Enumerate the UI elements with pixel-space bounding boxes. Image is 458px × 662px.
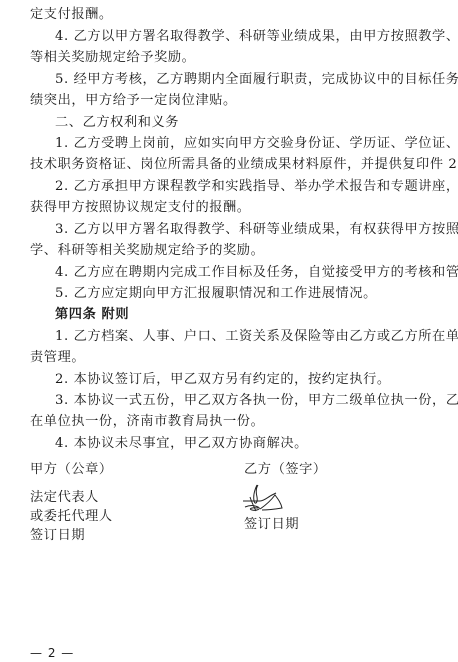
text-line: 2. 本协议签订后，甲乙双方另有约定的，按约定执行。 [55,372,425,388]
section-heading: 二、乙方权利和义务 [55,115,425,131]
text-line: 等相关奖励规定给予奖励。 [30,50,425,66]
article-heading: 第四条 附则 [55,307,425,323]
party-b-title: 乙方（签字） [244,462,327,478]
text-line: 责管理。 [30,350,425,366]
party-a-title: 甲方（公章） [30,462,113,478]
text-line: 5. 经甲方考核，乙方聘期内全面履行职责，完成协议中的目标任务且业 [55,72,425,88]
text-line: 绩突出，甲方给予一定岗位津贴。 [30,93,425,109]
party-a-date-label: 签订日期 [30,528,85,544]
text-line: 4. 乙方应在聘期内完成工作目标及任务，自觉接受甲方的考核和管理。 [55,265,425,281]
text-line: 1. 乙方受聘上岗前，应如实向甲方交验身份证、学历证、学位证、专业 [55,136,425,152]
party-a-legal-rep-label: 法定代表人 [30,490,99,506]
text-line: 定支付报酬。 [30,7,425,23]
text-line: 获得甲方按照协议规定支付的报酬。 [30,200,425,216]
text-line: 学、科研等相关奖励规定给予的奖励。 [30,243,425,259]
party-b-date-label: 签订日期 [244,517,299,533]
text-line: 技术职务资格证、岗位所需具备的业绩成果材料原件，并提供复印件 2 份。 [30,157,425,173]
party-a-agent-label: 或委托代理人 [30,509,113,525]
text-line: 4. 本协议未尽事宜，甲乙双方协商解决。 [55,436,425,452]
page-number: — 2 — [30,646,74,660]
text-line: 在单位执一份，济南市教育局执一份。 [30,414,425,430]
text-line: 3. 乙方以甲方署名取得教学、科研等业绩成果，有权获得甲方按照其教 [55,222,425,238]
handwritten-signature-icon [242,483,284,519]
text-line: 5. 乙方应定期向甲方汇报履职情况和工作进展情况。 [55,286,425,302]
text-line: 2. 乙方承担甲方课程教学和实践指导、举办学术报告和专题讲座，有权 [55,179,425,195]
text-line: 3. 本协议一式五份，甲乙双方各执一份，甲方二级单位执一份，乙方所 [55,393,425,409]
text-line: 1. 乙方档案、人事、户口、工资关系及保险等由乙方或乙方所在单位负 [55,329,425,345]
document-page: 定支付报酬。 4. 乙方以甲方署名取得教学、科研等业绩成果，由甲方按照教学、科研… [0,0,458,662]
text-line: 4. 乙方以甲方署名取得教学、科研等业绩成果，由甲方按照教学、科研 [55,29,425,45]
